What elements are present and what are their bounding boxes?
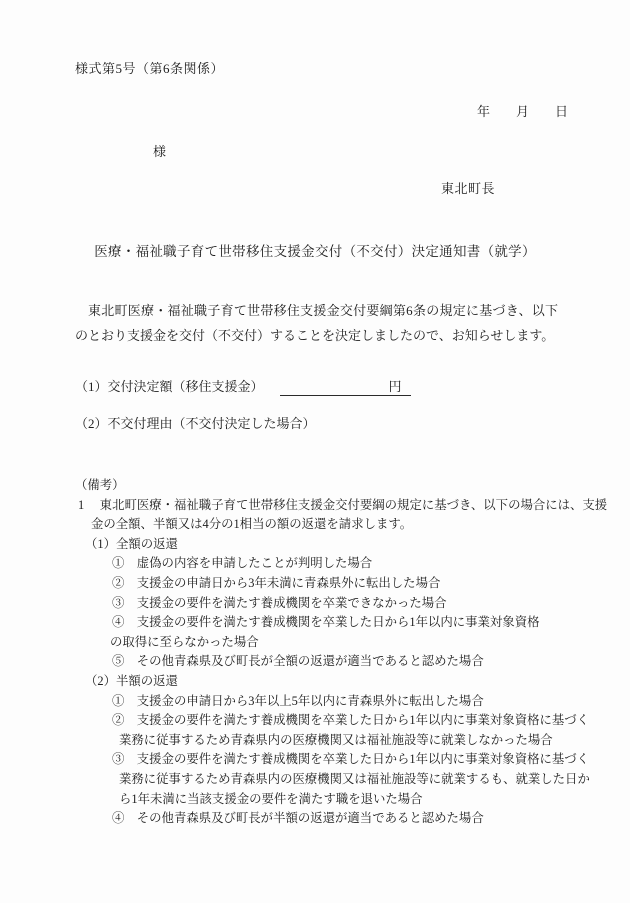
note-line: ③ 支援金の要件を満たす養成機関を卒業できなかった場合 <box>112 594 570 614</box>
note-line: 金の全額、半額又は4分の1相当の額の返還を請求します。 <box>91 515 570 535</box>
note-line: ② 支援金の申請日から3年未満に青森県外に転出した場合 <box>112 574 570 594</box>
notes-lines: 1 東北町医療・福祉職子育て世帯移住支援金交付要綱の規定に基づき、以下の場合には… <box>75 496 570 829</box>
grant-amount-blank-field: 円 <box>280 376 411 396</box>
note-line: 業務に従事するため青森県内の医療機関又は福祉施設等に就業するも、就業した日か <box>119 770 570 790</box>
note-line: 1 東北町医療・福祉職子育て世帯移住支援金交付要綱の規定に基づき、以下の場合には… <box>78 496 570 516</box>
grant-amount-label: （1）交付決定額（移住支援金） <box>75 379 264 394</box>
non-grant-reason-label: （2）不交付理由（不交付決定した場合） <box>75 413 316 432</box>
note-line: 業務に従事するため青森県内の医療機関又は福祉施設等に就業しなかった場合 <box>119 731 570 751</box>
grant-amount-unit: 円 <box>389 379 402 394</box>
notes-header: （備考） <box>75 476 570 496</box>
note-line: ① 虚偽の内容を申請したことが判明した場合 <box>112 554 570 574</box>
grant-amount-line: （1）交付決定額（移住支援金）円 <box>75 376 411 396</box>
note-line: （1）全額の返還 <box>85 535 570 555</box>
form-number: 様式第5号（第6条関係） <box>75 58 224 77</box>
note-line: ら1年未満に当該支援金の要件を満たす職を退いた場合 <box>119 790 570 810</box>
note-line: ④ その他青森県及び町長が半額の返還が適当であると認めた場合 <box>112 809 570 829</box>
notes-section: （備考） 1 東北町医療・福祉職子育て世帯移住支援金交付要綱の規定に基づき、以下… <box>75 476 570 829</box>
sender-title: 東北町長 <box>441 178 495 197</box>
note-line: ④ 支援金の要件を満たす養成機関を卒業した日から1年以内に事業対象資格 <box>112 613 570 633</box>
addressee-suffix: 様 <box>153 141 166 160</box>
note-line: ② 支援金の要件を満たす養成機関を卒業した日から1年以内に事業対象資格に基づく <box>112 711 570 731</box>
note-line: ③ 支援金の要件を満たす養成機関を卒業した日から1年以内に事業対象資格に基づく <box>112 750 570 770</box>
note-line: の取得に至らなかった場合 <box>110 633 570 653</box>
note-line: ① 支援金の申請日から3年以上5年以内に青森県外に転出した場合 <box>112 692 570 712</box>
note-line: （2）半額の返還 <box>85 672 570 692</box>
document-title: 医療・福祉職子育て世帯移住支援金交付（不交付）決定通知書（就学） <box>0 240 630 260</box>
document-page: 様式第5号（第6条関係） 年 月 日 様 東北町長 医療・福祉職子育て世帯移住支… <box>0 0 630 903</box>
date-line: 年 月 日 <box>477 101 568 120</box>
note-line: ⑤ その他青森県及び町長が全額の返還が適当であると認めた場合 <box>112 652 570 672</box>
intro-paragraph: 東北町医療・福祉職子育て世帯移住支援金交付要綱第6条の規定に基づき、以下のとおり… <box>75 299 558 348</box>
